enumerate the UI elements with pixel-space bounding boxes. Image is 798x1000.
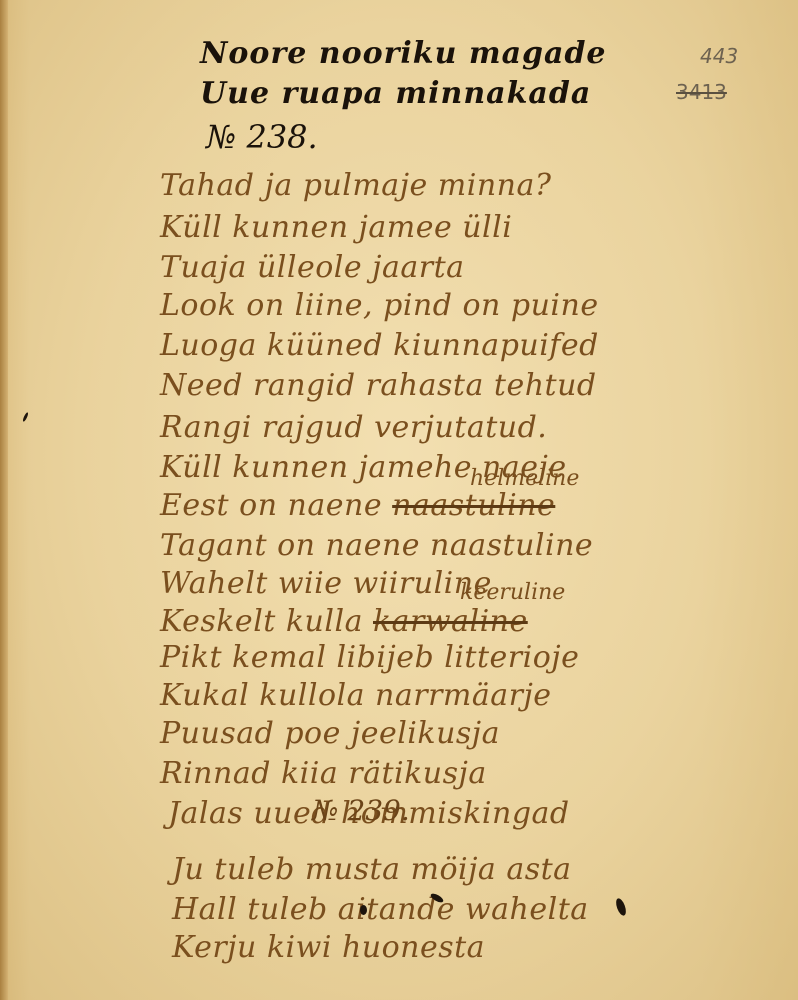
manuscript-page: 443 3413 Noore nooriku magade Uue ruapa … (0, 0, 798, 1000)
verse-line: Puusad poe jeelikusja (160, 716, 500, 751)
inserted-correction: keeruline (460, 580, 565, 605)
verse-line: Rangi rajgud verjutatud. (160, 410, 547, 445)
verse-line: Wahelt wiie wiiruline (160, 566, 492, 601)
verse-line: Rinnad kiia rätikusja (160, 756, 487, 791)
title-line-2: Uue ruapa minnakada (200, 76, 591, 111)
ink-blot (360, 905, 367, 915)
title-line-1: Noore nooriku magade (200, 36, 607, 71)
verse-line: Hall tuleb aitande wahelta (172, 892, 589, 927)
verse-text: Keskelt kulla (160, 604, 363, 639)
verse-text: Eest on naene (160, 488, 382, 523)
verse-line-with-correction: Eest on naene naastuline (160, 488, 555, 523)
ink-blot (614, 897, 628, 917)
verse-line: Ju tuleb musta möija asta (172, 852, 572, 887)
verse-line: Pikt kemal libijeb litterioje (160, 640, 579, 675)
verse-line: Need rangid rahasta tehtud (160, 368, 597, 403)
song-number-238: № 238. (206, 118, 318, 156)
struck-word: naastuline (392, 488, 555, 523)
verse-line: Küll kunnen jamee ülli (160, 210, 512, 245)
verse-line: Kerju kiwi huonesta (172, 930, 485, 965)
archive-old-page-number: 3413 (676, 80, 727, 104)
inserted-correction: helmeline (470, 466, 579, 491)
verse-line-with-correction: Keskelt kulla karwaline (160, 604, 528, 639)
struck-word: karwaline (373, 604, 528, 639)
verse-line: Look on liine, pind on puine (160, 288, 599, 323)
binding-edge (0, 0, 8, 1000)
verse-line: Kukal kullola narrmäarje (160, 678, 552, 713)
ink-mark (22, 412, 29, 422)
verse-line: Tuaja ülleole jaarta (160, 250, 465, 285)
song-number-239: № 239. (312, 794, 410, 827)
verse-line: Tahad ja pulmaje minna? (160, 168, 551, 203)
archive-page-number: 443 (700, 44, 738, 68)
verse-line: Luoga küüned kiunnapuifed (160, 328, 599, 363)
verse-line: Tagant on naene naastuline (160, 528, 593, 563)
